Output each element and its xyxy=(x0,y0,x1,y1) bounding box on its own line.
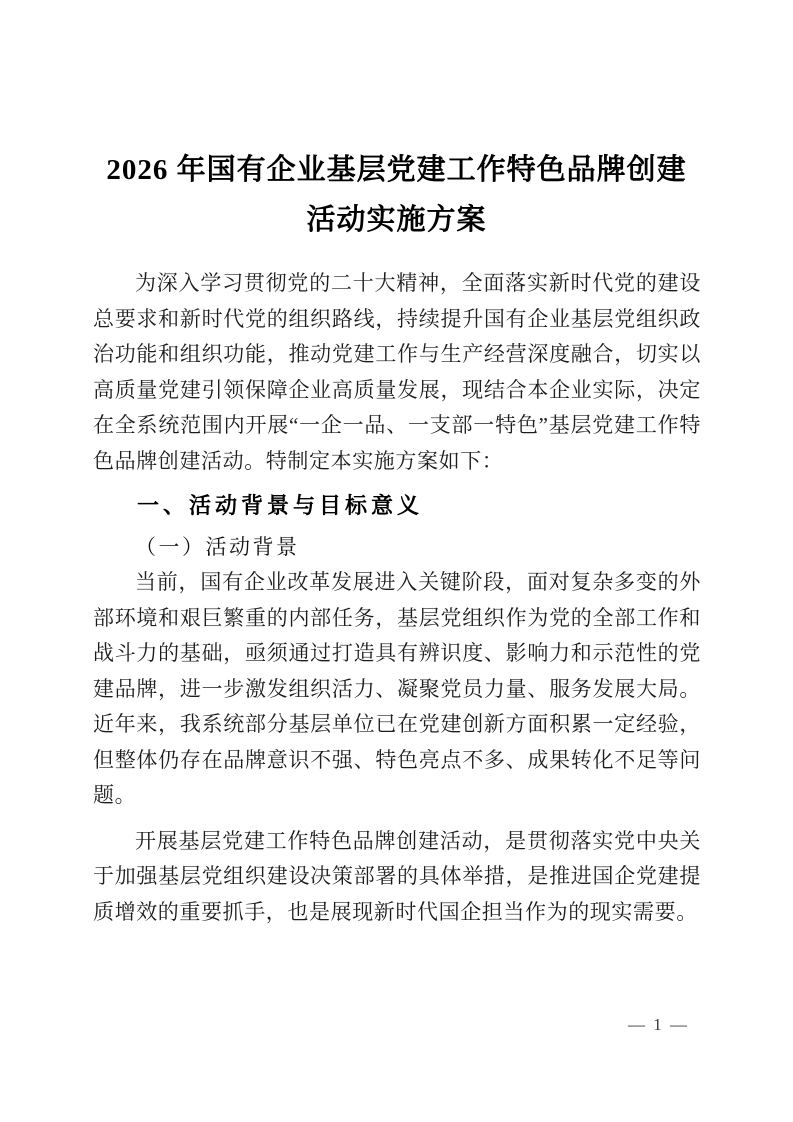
body-paragraph-2: 开展基层党建工作特色品牌创建活动，是贯彻落实党中央关于加强基层党组织建设决策部署… xyxy=(93,824,701,931)
document-body: 为深入学习贯彻党的二十大精神，全面落实新时代党的建设总要求和新时代党的组织路线，… xyxy=(93,266,701,930)
subsection-1-1-heading: （一）活动背景 xyxy=(93,530,701,566)
document-page: 2026 年国有企业基层党建工作特色品牌创建 活动实施方案 为深入学习贯彻党的二… xyxy=(0,0,793,1122)
title-line-1: 2026 年国有企业基层党建工作特色品牌创建 xyxy=(60,145,733,195)
document-title: 2026 年国有企业基层党建工作特色品牌创建 活动实施方案 xyxy=(60,145,733,245)
page-number: — 1 — xyxy=(628,1013,689,1037)
body-paragraph-1: 当前，国有企业改革发展进入关键阶段，面对复杂多变的外部环境和艰巨繁重的内部任务，… xyxy=(93,565,701,814)
intro-paragraph: 为深入学习贯彻党的二十大精神，全面落实新时代党的建设总要求和新时代党的组织路线，… xyxy=(93,266,701,479)
title-line-2: 活动实施方案 xyxy=(60,195,733,245)
section-1-heading: 一、活动背景与目标意义 xyxy=(93,488,701,524)
